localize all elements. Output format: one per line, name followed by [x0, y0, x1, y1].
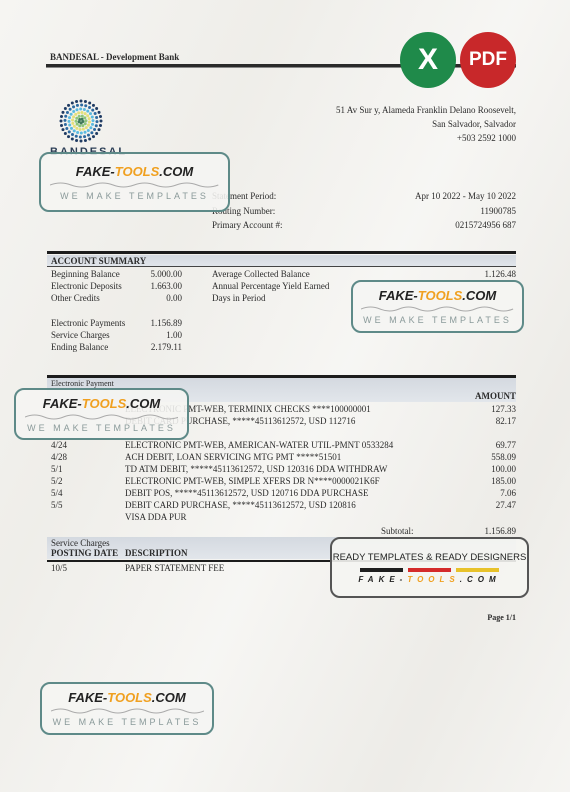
other-credits-value: 0.00 — [132, 292, 182, 304]
summary-labels-2: Electronic Payments Service Charges Endi… — [51, 317, 125, 353]
tx-amount — [436, 511, 516, 523]
primary-account-value: 0215724956 687 — [415, 218, 516, 233]
summary-values: 5.000.00 1.663.00 0.00 — [132, 268, 182, 304]
watermark-tagline: WE MAKE TEMPLATES — [363, 315, 512, 325]
watermark-stamp: FAKE-TOOLS.COM WE MAKE TEMPLATES — [39, 152, 230, 212]
wave-divider-icon — [25, 413, 179, 421]
watermark-brand: FAKE-TOOLS.COM — [68, 690, 186, 705]
tx-description: VISA DDA PUR — [125, 511, 436, 523]
tx-amount: 127.33 — [436, 403, 516, 415]
address-phone: +503 2592 1000 — [336, 131, 516, 145]
service-charges-value: 1.00 — [132, 329, 182, 341]
tx-date: 5/2 — [51, 475, 125, 487]
ready-templates-title: READY TEMPLATES & READY DESIGNERS — [333, 552, 527, 563]
electronic-payments-label: Electronic Payments — [51, 317, 125, 329]
watermark-tagline: WE MAKE TEMPLATES — [27, 423, 176, 433]
table-row: 5/5DEBIT CARD PURCHASE, *****45113612572… — [51, 499, 516, 511]
address-line: 51 Av Sur y, Alameda Franklin Delano Roo… — [336, 103, 516, 117]
watermark-tagline: WE MAKE TEMPLATES — [60, 191, 209, 201]
routing-number-value: 11900785 — [415, 204, 516, 219]
pdf-badge-icon[interactable]: PDF — [460, 32, 516, 88]
electronic-deposits-label: Electronic Deposits — [51, 280, 122, 292]
tx-description: DEBIT CARD PURCHASE, *****45113612572, U… — [125, 499, 436, 511]
watermark-tagline: WE MAKE TEMPLATES — [53, 717, 202, 727]
watermark-stamp: FAKE-TOOLS.COM WE MAKE TEMPLATES — [351, 280, 524, 333]
tx-date — [51, 511, 125, 523]
stripe-black — [360, 568, 403, 572]
tx-date: 4/24 — [51, 439, 125, 451]
service-charge-desc: PAPER STATEMENT FEE — [125, 563, 224, 573]
service-charges-header: POSTING DATE DESCRIPTION — [51, 548, 188, 558]
avg-collected-balance-value: 1.126.48 — [485, 268, 517, 280]
ready-templates-stamp: READY TEMPLATES & READY DESIGNERS FAKE-T… — [330, 537, 529, 598]
ready-templates-brand: FAKE-TOOLS.COM — [358, 575, 500, 584]
tx-amount: 82.17 — [436, 415, 516, 427]
watermark-brand: FAKE-TOOLS.COM — [43, 396, 161, 411]
ending-balance-value: 2.179.11 — [132, 341, 182, 353]
tx-amount: 100.00 — [436, 463, 516, 475]
table-row: VISA DDA PUR — [51, 511, 516, 523]
tx-description: DEBIT POS, *****45113612572, USD 120716 … — [125, 487, 436, 499]
tx-description: ACH DEBIT, LOAN SERVICING MTG PMT *****5… — [125, 451, 436, 463]
excel-badge-icon[interactable]: X — [400, 32, 456, 88]
apy-earned-label: Annual Percentage Yield Earned — [212, 280, 329, 292]
tx-date: 4/28 — [51, 451, 125, 463]
bank-address: 51 Av Sur y, Alameda Franklin Delano Roo… — [336, 103, 516, 145]
tx-amount: 69.77 — [436, 439, 516, 451]
service-charges-title: Service Charges — [51, 538, 110, 548]
summary-divider — [47, 251, 516, 254]
tx-date: 5/5 — [51, 499, 125, 511]
statement-meta-values: Apr 10 2022 - May 10 2022 11900785 02157… — [415, 189, 516, 233]
page-number: Page 1/1 — [487, 613, 516, 622]
posting-date-header: POSTING DATE — [51, 548, 125, 558]
electronic-payments-value: 1.156.89 — [132, 317, 182, 329]
stripe-yellow — [456, 568, 499, 572]
table-row: 5/2ELECTRONIC PMT-WEB, SIMPLE XFERS DR N… — [51, 475, 516, 487]
table-row: 5/1TD ATM DEBIT, *****45113612572, USD 1… — [51, 463, 516, 475]
electronic-deposits-value: 1.663.00 — [132, 280, 182, 292]
primary-account-label: Primary Account #: — [212, 218, 283, 233]
stripe-red — [408, 568, 451, 572]
table-row: 10/5 PAPER STATEMENT FEE — [51, 563, 224, 573]
wave-divider-icon — [51, 707, 204, 715]
table-row: 4/24ELECTRONIC PMT-WEB, AMERICAN-WATER U… — [51, 439, 516, 451]
summary-values-2: 1.156.89 1.00 2.179.11 — [132, 317, 182, 353]
tx-amount: 558.09 — [436, 451, 516, 463]
amount-column-header: AMOUNT — [475, 391, 516, 401]
other-credits-label: Other Credits — [51, 292, 122, 304]
subtotal-value: 1.156.89 — [485, 526, 517, 536]
tx-date: 5/1 — [51, 463, 125, 475]
summary-right-values: 1.126.48 — [485, 268, 517, 280]
beginning-balance-value: 5.000.00 — [132, 268, 182, 280]
payments-title: Electronic Payment — [51, 379, 114, 388]
summary-mid-labels: Average Collected Balance Annual Percent… — [212, 268, 329, 304]
description-header: DESCRIPTION — [125, 548, 188, 558]
tx-description: ELECTRONIC PMT-WEB, SIMPLE XFERS DR N***… — [125, 475, 436, 487]
watermark-stamp: FAKE-TOOLS.COM WE MAKE TEMPLATES — [40, 682, 214, 735]
tx-amount: 27.47 — [436, 499, 516, 511]
color-stripes — [360, 568, 499, 572]
watermark-brand: FAKE-TOOLS.COM — [76, 164, 194, 179]
watermark-stamp: FAKE-TOOLS.COM WE MAKE TEMPLATES — [14, 388, 189, 440]
wave-divider-icon — [361, 305, 513, 313]
avg-collected-balance-label: Average Collected Balance — [212, 268, 329, 280]
tx-date: 5/4 — [51, 487, 125, 499]
subtotal-label: Subtotal: — [381, 526, 414, 536]
watermark-brand: FAKE-TOOLS.COM — [379, 288, 497, 303]
tx-amount: 185.00 — [436, 475, 516, 487]
ending-balance-label: Ending Balance — [51, 341, 125, 353]
service-charges-label: Service Charges — [51, 329, 125, 341]
table-row: 5/4DEBIT POS, *****45113612572, USD 1207… — [51, 487, 516, 499]
bank-logo-icon — [58, 98, 104, 144]
address-line: San Salvador, Salvador — [336, 117, 516, 131]
service-charge-date: 10/5 — [51, 563, 125, 573]
tx-description: TD ATM DEBIT, *****45113612572, USD 1203… — [125, 463, 436, 475]
summary-underline — [47, 266, 516, 267]
wave-divider-icon — [50, 181, 218, 189]
summary-labels: Beginning Balance Electronic Deposits Ot… — [51, 268, 122, 304]
beginning-balance-label: Beginning Balance — [51, 268, 122, 280]
statement-period-value: Apr 10 2022 - May 10 2022 — [415, 189, 516, 204]
table-row: 4/28ACH DEBIT, LOAN SERVICING MTG PMT **… — [51, 451, 516, 463]
tx-amount: 7.06 — [436, 487, 516, 499]
days-in-period-label: Days in Period — [212, 292, 329, 304]
bank-name-line: BANDESAL - Development Bank — [50, 52, 179, 62]
tx-description: ELECTRONIC PMT-WEB, AMERICAN-WATER UTIL-… — [125, 439, 436, 451]
